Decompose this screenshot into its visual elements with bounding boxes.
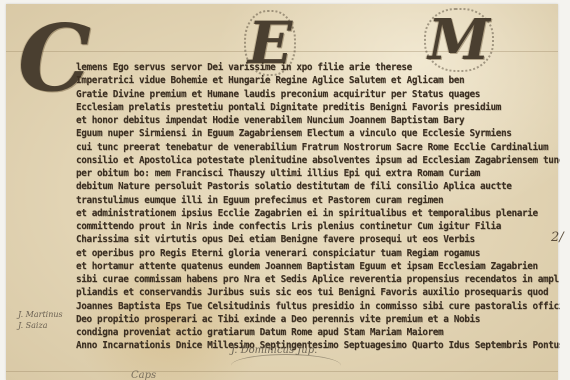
text-line: et honor debitus impendat Hodie venerabi… — [76, 114, 560, 127]
left-signatures: J. Martinus J. Saiza — [18, 309, 63, 331]
center-signature-block: J. Dominicus Jup. — [231, 344, 341, 377]
text-line: Charissima sit virtutis opus Dei etiam B… — [76, 233, 560, 246]
text-line: transtulimus eumque illi in Eguum prefec… — [76, 194, 560, 207]
parchment-document: C E M lemens Ego servus servor Dei varis… — [6, 4, 558, 380]
text-line: committendo prout in Nris inde confectis… — [76, 220, 560, 233]
bottom-scribble: Caps — [131, 370, 156, 380]
text-line: Eguum nuper Sirmiensi in Eguum Zagabrien… — [76, 127, 560, 140]
text-line: lemens Ego servus servor Dei varissime i… — [76, 61, 560, 74]
signature: J. Saiza — [18, 320, 63, 331]
text-line: et administrationem ipsius Ecclie Zagabr… — [76, 207, 560, 220]
text-line: consilio et Apostolica potestate plenitu… — [76, 154, 560, 167]
text-line: Imperatrici vidue Bohemie et Hungarie Re… — [76, 74, 560, 87]
text-line: Deo propitio prosperari ac Tibi exinde a… — [76, 313, 560, 326]
illuminated-initial-m: M — [428, 12, 490, 68]
text-line: et operibus pro Regis Eterni gloria vene… — [76, 247, 560, 260]
text-line: per obitum bo: mem Francisci Thauszy ult… — [76, 167, 560, 180]
text-line: condigna proveniat actio gratiarum Datum… — [76, 326, 560, 339]
text-line: cui tunc preerat tenebatur de venerabili… — [76, 141, 560, 154]
text-line: sibi curae commissam habens pro Nra et S… — [76, 273, 560, 286]
signature: J. Dominicus Jup. — [231, 344, 341, 358]
marginal-note: 2/ — [551, 230, 564, 245]
text-line: et hortamur attente quatenus eundem Joan… — [76, 260, 560, 273]
text-line: pliandis et conservandis Juribus suis si… — [76, 286, 560, 299]
text-line: debitum Nature persoluit Pastoris solati… — [76, 180, 560, 193]
text-line: Joannes Baptista Eps Tue Celsitudinis fu… — [76, 300, 560, 313]
text-line: Gratie Divine premium et Humane laudis p… — [76, 88, 560, 101]
signature: J. Martinus — [18, 309, 63, 320]
manuscript-body: lemens Ego servus servor Dei varissime i… — [76, 61, 560, 353]
text-line: Ecclesiam prelatis prestetiu pontali Dig… — [76, 101, 560, 114]
